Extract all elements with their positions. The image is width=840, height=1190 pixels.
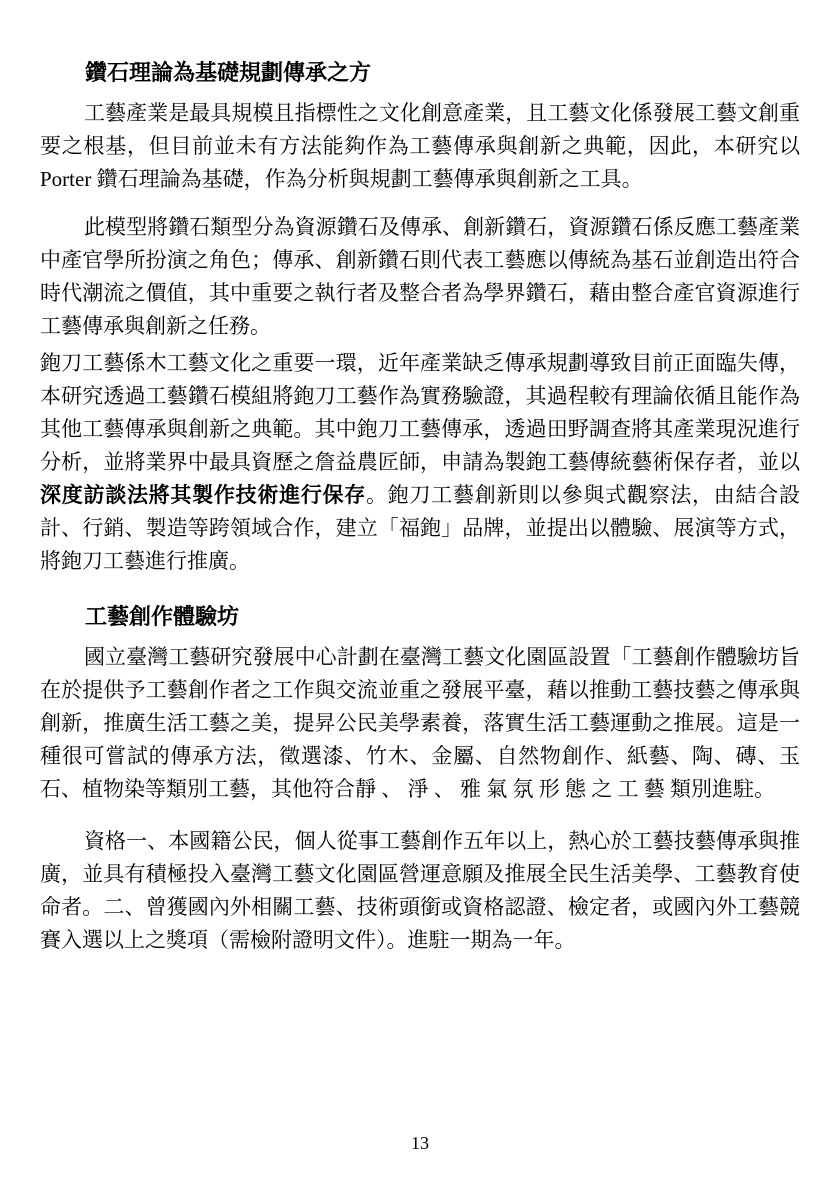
document-page: 鑽石理論為基礎規劃傳承之方 工藝產業是最具規模且指標性之文化創意產業，且工藝文化… — [0, 0, 840, 1190]
section-heading-workshop: 工藝創作體驗坊 — [85, 602, 800, 632]
paragraph-qualifications: 資格一、本國籍公民，個人從事工藝創作五年以上，熱心於工藝技藝傳承與推廣，並具有積… — [40, 825, 800, 957]
plane-craft-text-bold: 深度訪談法將其製作技術進行保存 — [40, 483, 366, 507]
paragraph-diamond-model: 此模型將鑽石類型分為資源鑽石及傳承、創新鑽石，資源鑽石係反應工藝產業中產官學所扮… — [40, 211, 800, 343]
page-number: 13 — [0, 1132, 840, 1154]
plane-craft-text-pre: 鉋刀工藝係木工藝文化之重要一環，近年產業缺乏傳承規劃導致目前正面臨失傳，本研究透… — [40, 351, 800, 474]
section-heading-diamond-theory: 鑽石理論為基礎規劃傳承之方 — [85, 58, 800, 88]
paragraph-plane-craft: 鉋刀工藝係木工藝文化之重要一環，近年產業缺乏傳承規劃導致目前正面臨失傳，本研究透… — [40, 347, 800, 578]
paragraph-workshop-intro: 國立臺灣工藝研究發展中心計劃在臺灣工藝文化園區設置「工藝創作體驗坊旨在於提供予工… — [40, 641, 800, 806]
paragraph-craft-industry: 工藝產業是最具規模且指標性之文化創意產業，且工藝文化係發展工藝文創重要之根基，但… — [40, 97, 800, 196]
